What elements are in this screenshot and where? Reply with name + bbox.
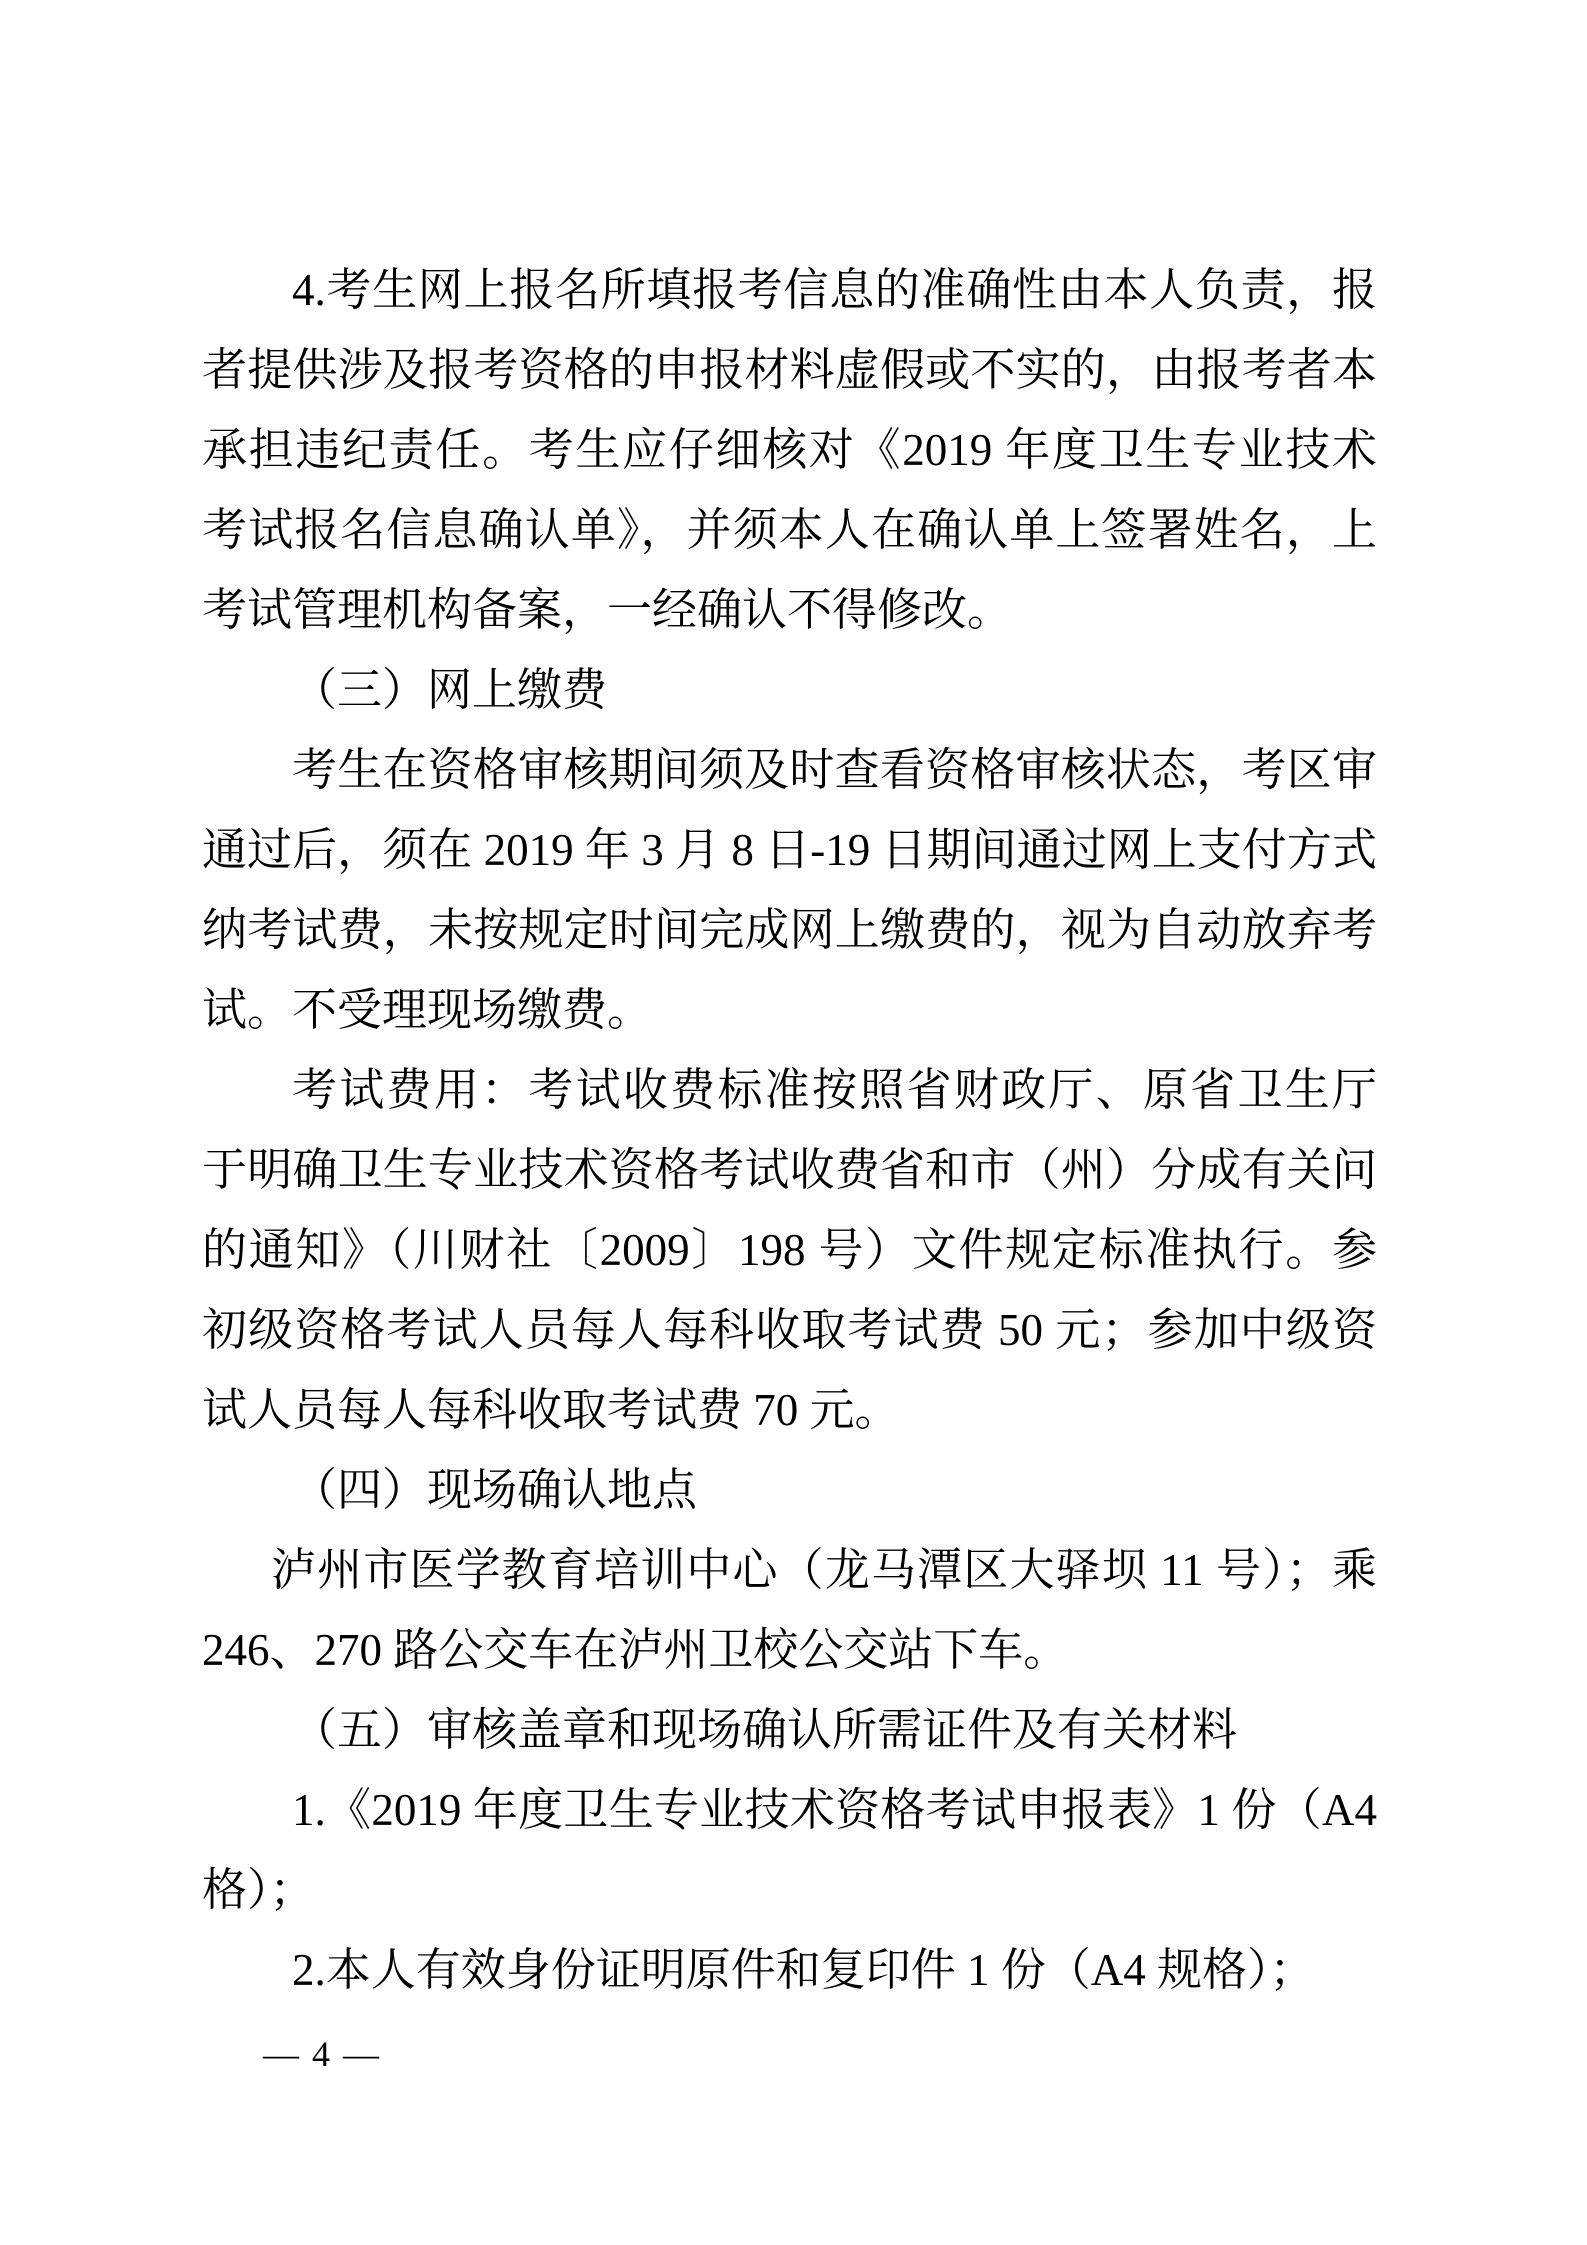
text-line: 的通知》（川财社〔2009〕198 号）文件规定标准执行。参加 [202,1210,1377,1290]
text-line: 于明确卫生专业技术资格考试收费省和市（州）分成有关问题 [202,1130,1377,1210]
text-line: 格）； [202,1850,1377,1930]
section-heading: （五）审核盖章和现场确认所需证件及有关材料 [202,1690,1377,1770]
section-heading: （三）网上缴费 [202,650,1377,730]
text-line: 1.《2019 年度卫生专业技术资格考试申报表》1 份（A4 规 [202,1770,1377,1850]
text-line: 者提供涉及报考资格的申报材料虚假或不实的，由报考者本人 [202,330,1377,410]
text-line: 考生在资格审核期间须及时查看资格审核状态，考区审核 [202,730,1377,810]
text-line: 试人员每人每科收取考试费 70 元。 [202,1370,1377,1450]
text-line: 4.考生网上报名所填报考信息的准确性由本人负责，报考 [202,250,1377,330]
text-line: 泸州市医学教育培训中心（龙马潭区大驿坝 11 号）；乘 [202,1530,1377,1610]
page-number: — 4 — [263,2034,381,2074]
text-line: 考试管理机构备案，一经确认不得修改。 [202,570,1377,650]
text-line: 纳考试费，未按规定时间完成网上缴费的，视为自动放弃考 [202,890,1377,970]
text-line: 试。不受理现场缴费。 [202,970,1377,1050]
text-line: 承担违纪责任。考生应仔细核对《2019 年度卫生专业技术资格 [202,410,1377,490]
text-line: 246、270 路公交车在泸州卫校公交站下车。 [202,1610,1377,1690]
body-text: 4.考生网上报名所填报考信息的准确性由本人负责，报考 者提供涉及报考资格的申报材… [202,250,1377,2010]
text-line: 考试报名信息确认单》，并须本人在确认单上签署姓名，上交 [202,490,1377,570]
text-line: 初级资格考试人员每人每科收取考试费 50 元；参加中级资格考 [202,1290,1377,1370]
text-line: 2.本人有效身份证明原件和复印件 1 份（A4 规格）； [202,1930,1377,2010]
text-line: 考试费用：考试收费标准按照省财政厅、原省卫生厅《关 [202,1050,1377,1130]
text-line: 通过后，须在 2019 年 3 月 8 日-19 日期间通过网上支付方式缴 [202,810,1377,890]
document-page: 4.考生网上报名所填报考信息的准确性由本人负责，报考 者提供涉及报考资格的申报材… [0,0,1587,2245]
section-heading: （四）现场确认地点 [202,1450,1377,1530]
